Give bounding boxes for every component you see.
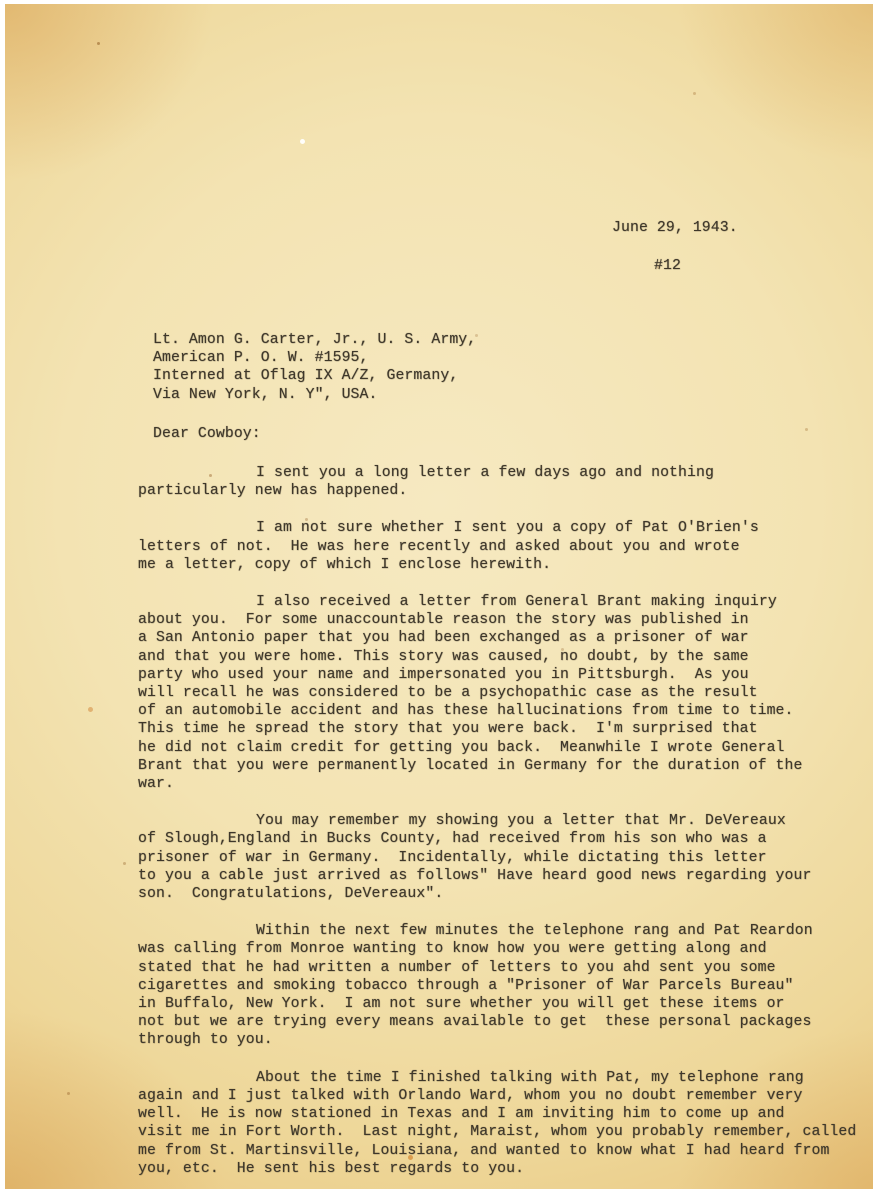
paragraph-5: Within the next few minutes the telephon… — [138, 922, 856, 1049]
paragraph-2: I am not sure whether I sent you a copy … — [138, 519, 856, 574]
letter-body: I sent you a long letter a few days ago … — [138, 464, 856, 1197]
scanned-letter: June 29, 1943. #12 Lt. Amon G. Carter, J… — [0, 0, 878, 1200]
salutation: Dear Cowboy: — [153, 425, 261, 443]
letter-number: #12 — [654, 257, 681, 275]
paragraph-1: I sent you a long letter a few days ago … — [138, 464, 856, 500]
letter-paper: June 29, 1943. #12 Lt. Amon G. Carter, J… — [5, 4, 873, 1189]
letter-date: June 29, 1943. — [612, 219, 738, 237]
recipient-address: Lt. Amon G. Carter, Jr., U. S. Army, Ame… — [153, 331, 476, 404]
paragraph-6: About the time I finished talking with P… — [138, 1069, 856, 1178]
paragraph-4: You may remember my showing you a letter… — [138, 812, 856, 903]
paragraph-3: I also received a letter from General Br… — [138, 593, 856, 793]
